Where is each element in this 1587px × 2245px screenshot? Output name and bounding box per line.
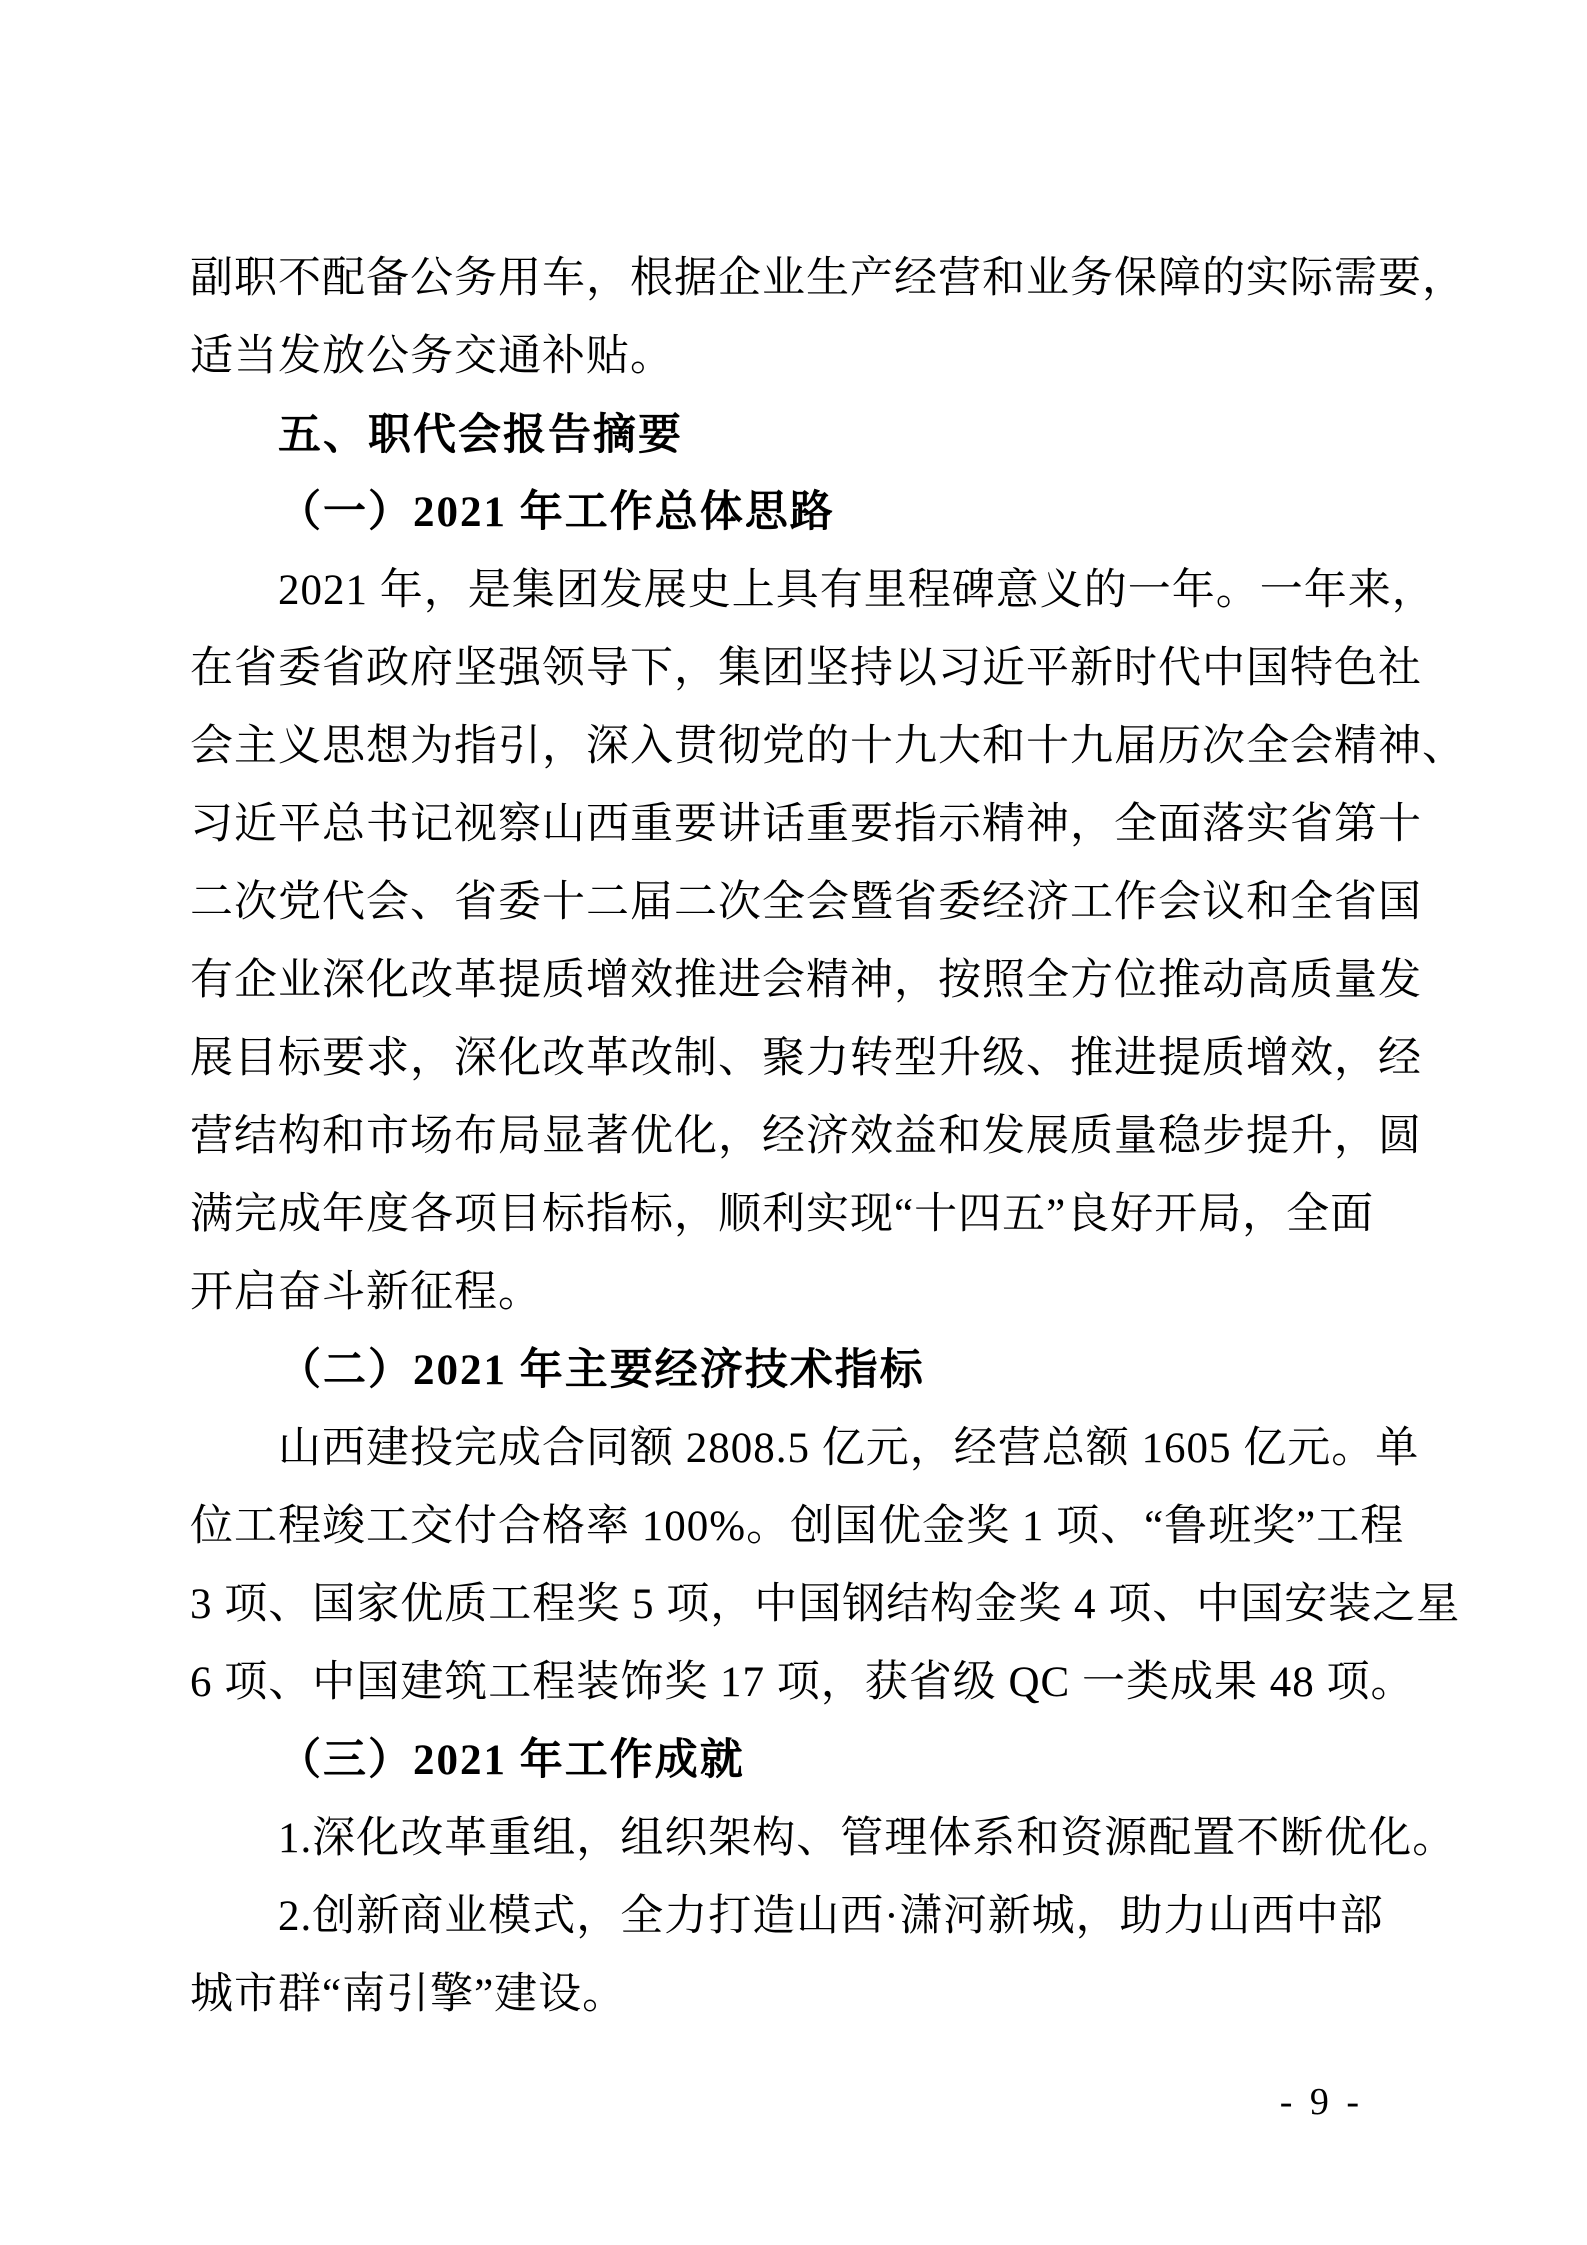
section-heading: 五、职代会报告摘要 xyxy=(190,396,1395,474)
paragraph-line: 适当发放公务交通补贴。 xyxy=(190,318,1395,396)
paragraph-line: 山西建投完成合同额 2808.5 亿元，经营总额 1605 亿元。单 xyxy=(190,1410,1395,1488)
paragraph-line: 6 项、中国建筑工程装饰奖 17 项，获省级 QC 一类成果 48 项。 xyxy=(190,1644,1395,1722)
page-number: - 9 - xyxy=(1280,2078,1363,2126)
paragraph-line: 3 项、国家优质工程奖 5 项，中国钢结构金奖 4 项、中国安装之星 xyxy=(190,1566,1395,1644)
paragraph-line: 满完成年度各项目标指标，顺利实现“十四五”良好开局，全面 xyxy=(190,1176,1395,1254)
paragraph-line: 开启奋斗新征程。 xyxy=(190,1254,1395,1332)
paragraph-line: 二次党代会、省委十二届二次全会暨省委经济工作会议和全省国 xyxy=(190,864,1395,942)
document-page: { "content": { "continuation": [ "副职不配备公… xyxy=(0,0,1587,2245)
subsection-heading: （一）2021 年工作总体思路 xyxy=(190,474,1395,552)
paragraph-line: 有企业深化改革提质增效推进会精神，按照全方位推动高质量发 xyxy=(190,942,1395,1020)
document-body: 副职不配备公务用车，根据企业生产经营和业务保障的实际需要， 适当发放公务交通补贴… xyxy=(190,240,1395,2034)
paragraph-line: 2021 年，是集团发展史上具有里程碑意义的一年。一年来， xyxy=(190,552,1395,630)
paragraph-line: 习近平总书记视察山西重要讲话重要指示精神，全面落实省第十 xyxy=(190,786,1395,864)
paragraph-line: 副职不配备公务用车，根据企业生产经营和业务保障的实际需要， xyxy=(190,240,1395,318)
paragraph-line: 位工程竣工交付合格率 100%。创国优金奖 1 项、“鲁班奖”工程 xyxy=(190,1488,1395,1566)
paragraph-line: 营结构和市场布局显著优化，经济效益和发展质量稳步提升，圆 xyxy=(190,1098,1395,1176)
paragraph-line: 2.创新商业模式，全力打造山西·潇河新城，助力山西中部 xyxy=(190,1878,1395,1956)
paragraph-line: 1.深化改革重组，组织架构、管理体系和资源配置不断优化。 xyxy=(190,1800,1395,1878)
subsection-heading: （二）2021 年主要经济技术指标 xyxy=(190,1332,1395,1410)
paragraph-line: 展目标要求，深化改革改制、聚力转型升级、推进提质增效，经 xyxy=(190,1020,1395,1098)
paragraph-line: 在省委省政府坚强领导下，集团坚持以习近平新时代中国特色社 xyxy=(190,630,1395,708)
paragraph-line: 会主义思想为指引，深入贯彻党的十九大和十九届历次全会精神、 xyxy=(190,708,1395,786)
paragraph-line: 城市群“南引擎”建设。 xyxy=(190,1956,1395,2034)
subsection-heading: （三）2021 年工作成就 xyxy=(190,1722,1395,1800)
